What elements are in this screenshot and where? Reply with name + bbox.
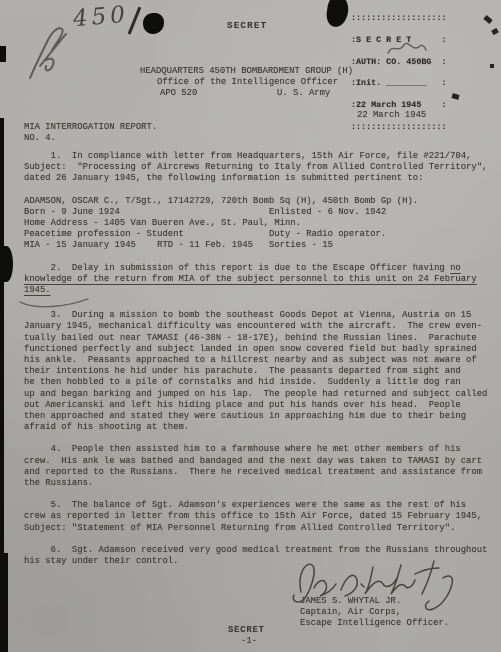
stamp-row: ::::::::::::::::::: [351, 122, 447, 132]
stamp-row: :Init. ________ : [351, 78, 447, 88]
scan-edge-strip [0, 46, 6, 62]
paper-speck [483, 15, 492, 24]
ink-blot-left [143, 13, 164, 34]
signature-rank: Captain, Air Corps, [300, 607, 401, 618]
paragraph-2: 2. Delay in submission of this report is… [24, 263, 498, 297]
paragraph-5: 5. The balance of Sgt. Adamson's experie… [24, 500, 498, 534]
letterhead-army: U. S. Army [277, 88, 330, 99]
classification-bottom: SECRET [228, 625, 265, 636]
paper-speck [490, 64, 494, 68]
signature-title: Escape Intelligence Officer. [300, 618, 449, 629]
pencil-slash-mark [128, 7, 141, 35]
letterhead-line2: Office of the Intelligence Officer [157, 77, 338, 88]
scan-edge-strip [0, 553, 8, 652]
handwritten-initials [386, 41, 428, 57]
document-date: 22 March 1945 [357, 110, 426, 121]
signature-typed-name: JAMES S. WHYTAL JR. [300, 596, 401, 607]
paragraph-4: 4. People then assisted him to a farmhou… [24, 444, 498, 489]
page-number: -1- [241, 636, 257, 647]
paragraph-1: 1. In compliance with letter from Headqu… [24, 151, 498, 185]
pencil-underline-swoosh [18, 296, 92, 312]
report-body: 1. In compliance with letter from Headqu… [24, 151, 498, 578]
letterhead-line1: HEADQUARTERS 450TH BOMBARDMENT GROUP (H) [140, 66, 353, 77]
scan-edge-strip [0, 118, 4, 558]
paper-speck [491, 28, 499, 35]
scan-edge-blob [0, 246, 13, 282]
letterhead-apo: APO 520 [160, 88, 197, 99]
handwritten-file-number: 450 [72, 2, 130, 33]
report-title: MIA INTERROGATION REPORT. [24, 122, 157, 133]
stamp-row: :22 March 1945 : [351, 100, 447, 110]
handwritten-file-word [26, 20, 76, 82]
paper-speck [451, 93, 459, 100]
document-page: 450 SECRET ::::::::::::::::::: :S E C R … [0, 0, 501, 652]
stamp-row: ::::::::::::::::::: [351, 13, 447, 23]
classification-top: SECRET [227, 20, 267, 31]
report-number: NO. 4. [24, 133, 56, 144]
stamp-row: :AUTH: CO. 450BG : [351, 57, 447, 67]
ink-blot-top [325, 0, 350, 28]
paragraph-2-text: 2. Delay in submission of this report is… [24, 263, 450, 273]
paragraph-3: 3. During a mission to bomb the southeas… [24, 310, 498, 433]
crew-member-details: ADAMSON, OSCAR C., T/Sgt., 17142729, 720… [24, 196, 498, 252]
